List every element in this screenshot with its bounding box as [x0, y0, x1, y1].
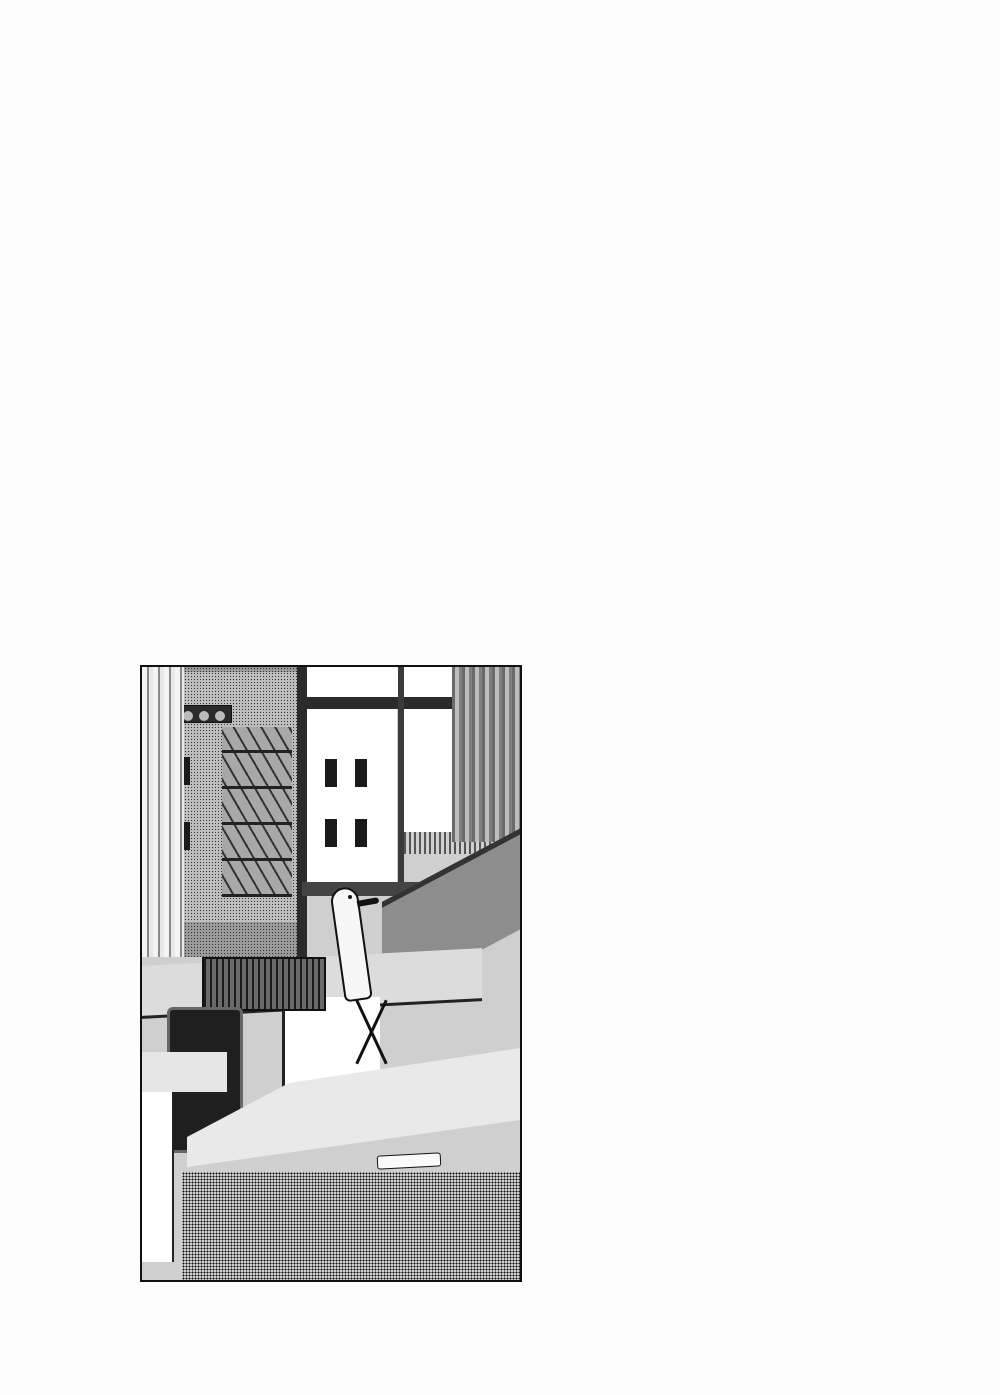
right-curtain — [452, 667, 520, 842]
floor-shadow — [182, 1172, 522, 1282]
window-frame — [297, 667, 307, 957]
fire-escape — [222, 727, 292, 897]
building-window — [325, 759, 337, 787]
smartphone-on-desk — [377, 1152, 442, 1169]
illustration-panel — [140, 665, 522, 1282]
bird-eye — [348, 895, 352, 899]
desk — [142, 1052, 227, 1095]
window-frame — [398, 667, 404, 897]
bird-beak — [357, 897, 380, 907]
building-sign — [178, 705, 232, 723]
plastic-crate — [202, 957, 326, 1011]
left-curtain — [142, 667, 184, 957]
manga-page — [0, 0, 1000, 1395]
outside-white-building — [307, 709, 397, 894]
building-window — [355, 819, 367, 847]
building-window — [355, 759, 367, 787]
building-window — [325, 819, 337, 847]
desk-side-panel — [142, 1092, 174, 1262]
